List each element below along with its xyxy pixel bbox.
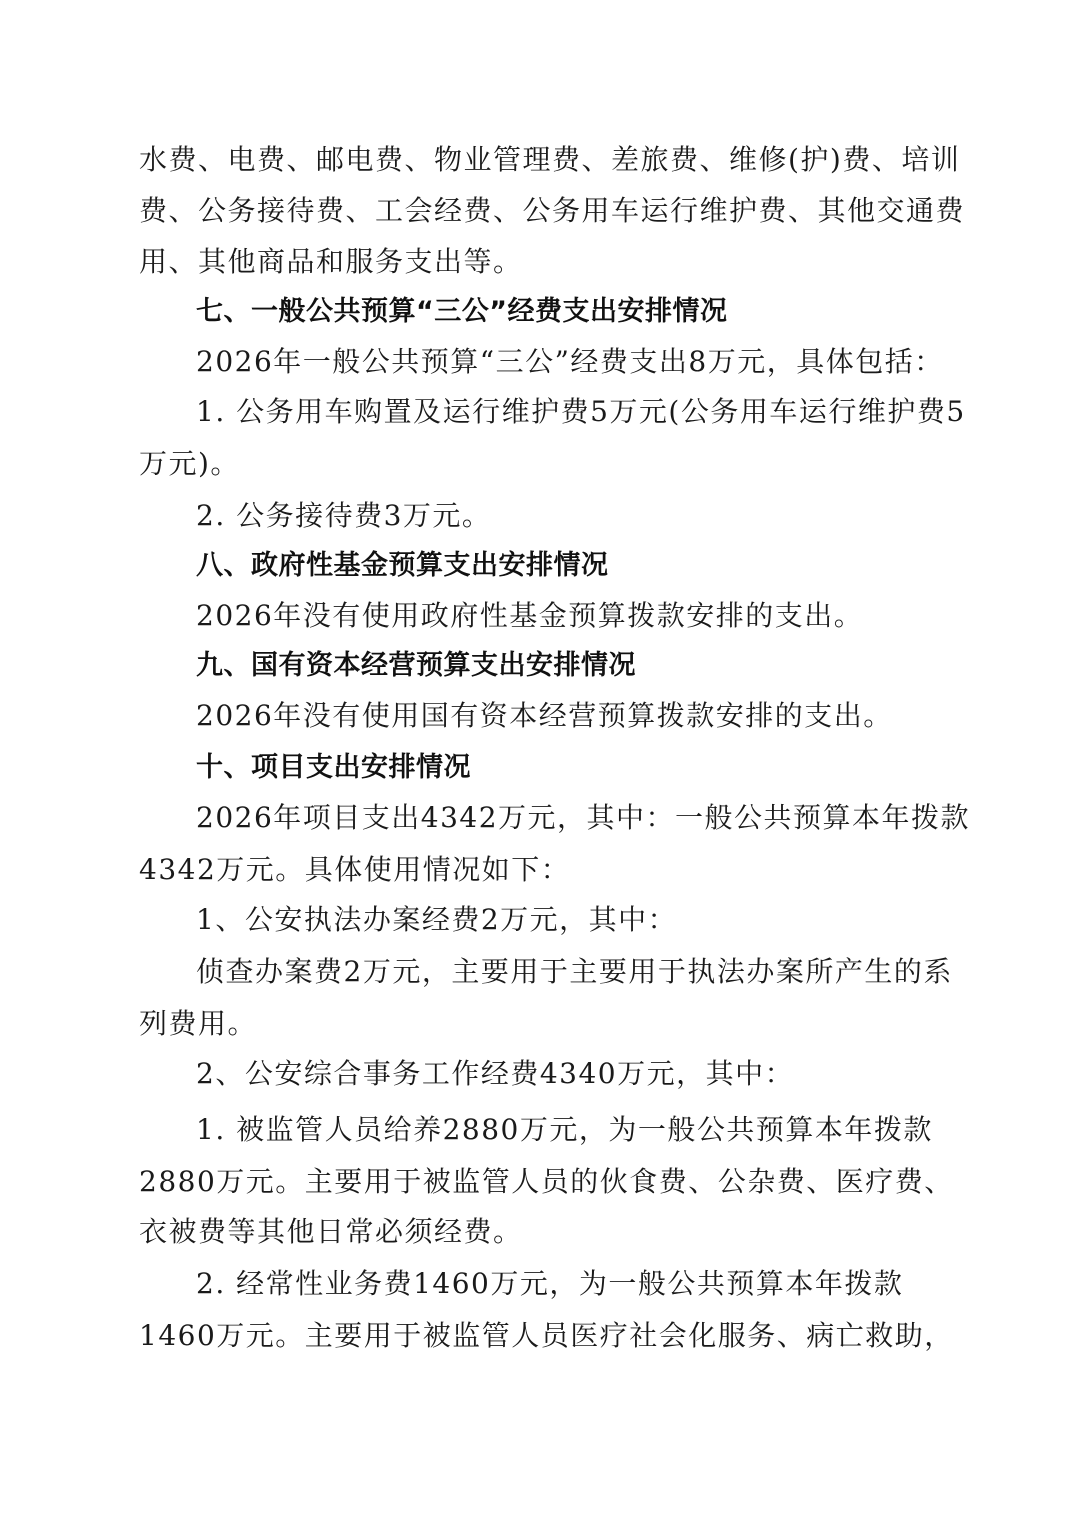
section-heading-8: 八、政府性基金预算支出安排情况 <box>196 548 996 584</box>
section-heading-7: 七、一般公共预算“三公”经费支出安排情况 <box>196 294 996 330</box>
list-item-1: 1. 公务用车购置及运行维护费5万元(公务用车运行维护费5 <box>196 394 996 430</box>
subsection-item-1: 1、公安执法办案经费2万元，其中： <box>196 902 996 938</box>
section-heading-10: 十、项目支出安排情况 <box>196 750 996 786</box>
body-text-line: 2880万元。主要用于被监管人员的伙食费、公杂费、医疗费、 <box>139 1164 939 1200</box>
list-item-2: 2. 公务接待费3万元。 <box>196 498 996 534</box>
document-page: 水费、电费、邮电费、物业管理费、差旅费、维修(护)费、培训 费、公务接待费、工会… <box>0 0 1074 1520</box>
body-text-line: 1460万元。主要用于被监管人员医疗社会化服务、病亡救助， <box>139 1318 939 1354</box>
subsection-item-2: 2、公安综合事务工作经费4340万元，其中： <box>196 1056 996 1092</box>
body-text-line: 用、其他商品和服务支出等。 <box>139 244 939 280</box>
body-text-line: 4342万元。具体使用情况如下： <box>139 852 939 888</box>
body-text-line: 2026年项目支出4342万元，其中：一般公共预算本年拨款 <box>196 800 996 836</box>
section-heading-9: 九、国有资本经营预算支出安排情况 <box>196 648 996 684</box>
list-item-2: 2. 经常性业务费1460万元，为一般公共预算本年拨款 <box>196 1266 996 1302</box>
body-text-line: 衣被费等其他日常必须经费。 <box>139 1214 939 1250</box>
body-text-line: 2026年一般公共预算“三公”经费支出8万元，具体包括： <box>196 344 996 380</box>
list-item-1: 1. 被监管人员给养2880万元，为一般公共预算本年拨款 <box>196 1112 996 1148</box>
body-text-line: 费、公务接待费、工会经费、公务用车运行维护费、其他交通费 <box>139 193 939 229</box>
body-text-line: 列费用。 <box>139 1006 939 1042</box>
body-text-line: 2026年没有使用政府性基金预算拨款安排的支出。 <box>196 598 996 634</box>
body-text-line: 侦查办案费2万元，主要用于主要用于执法办案所产生的系 <box>196 954 996 990</box>
body-text-line: 2026年没有使用国有资本经营预算拨款安排的支出。 <box>196 698 996 734</box>
body-text-line: 水费、电费、邮电费、物业管理费、差旅费、维修(护)费、培训 <box>139 142 939 178</box>
body-text-line: 万元)。 <box>139 446 939 482</box>
